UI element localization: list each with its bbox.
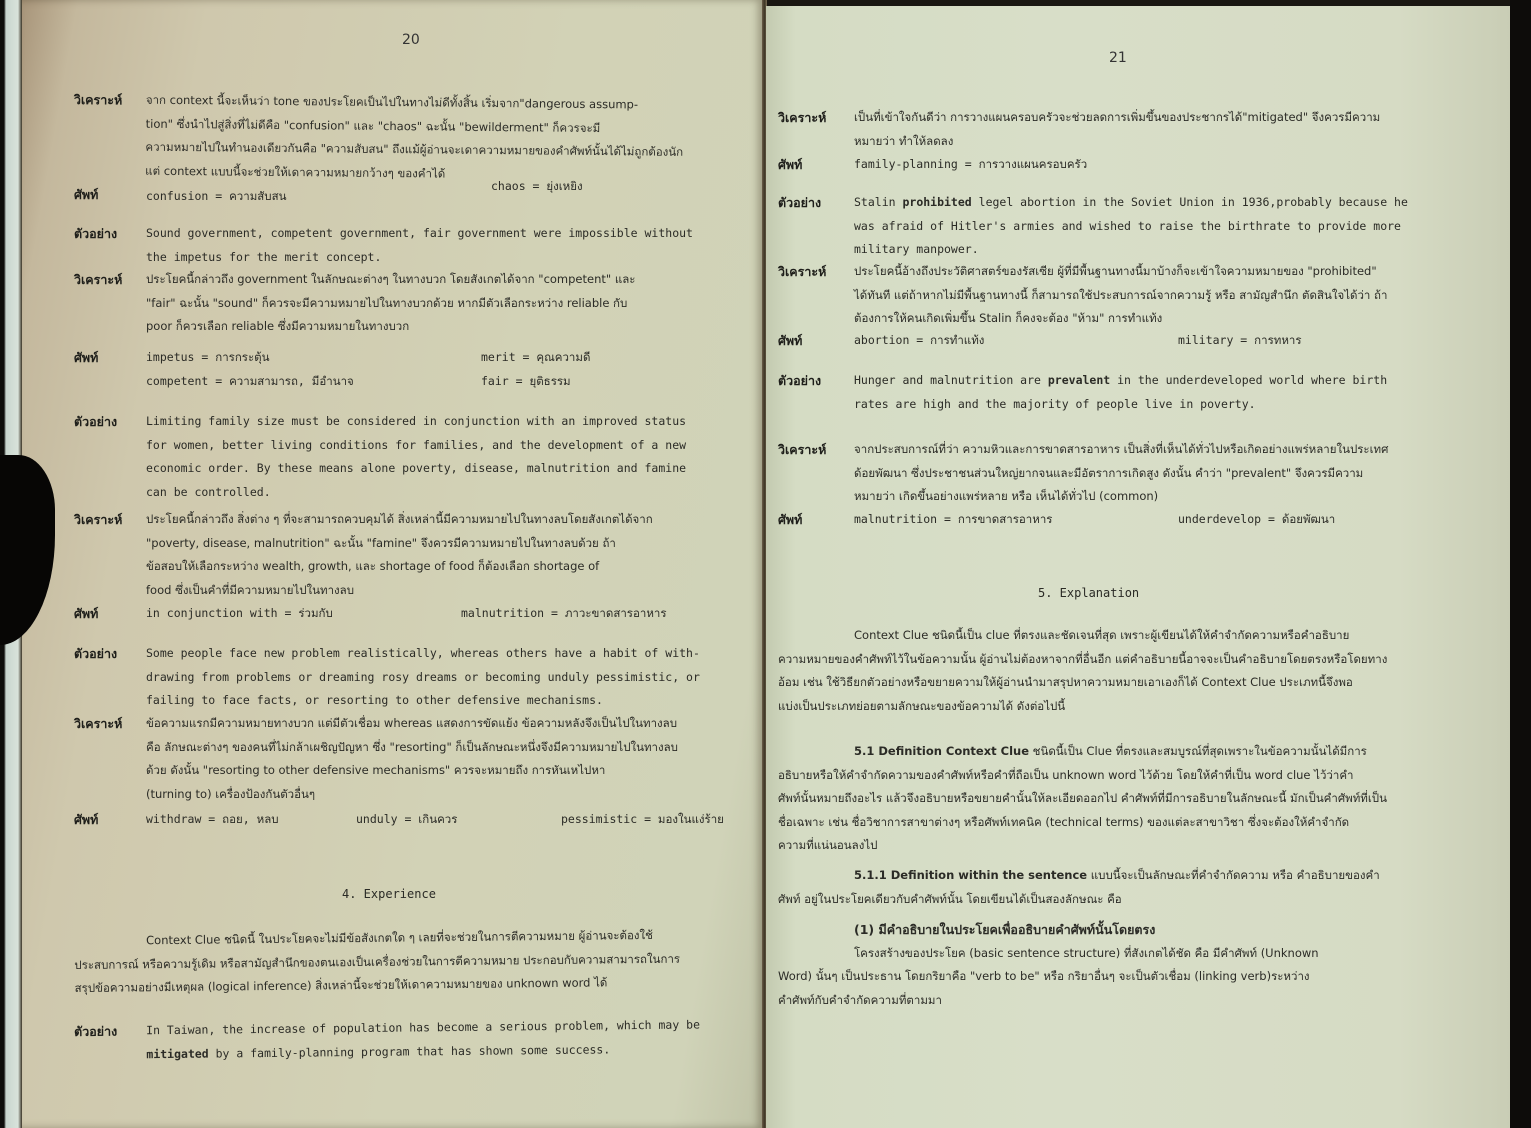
text-line: ต้องการให้คนเกิดเพิ่มขึ้น Stalin ก็คงจะต…: [854, 307, 1493, 331]
text-line: ความที่แน่นอนลงไป: [778, 834, 1493, 858]
vocab-label: ศัพท์: [74, 602, 98, 626]
subsection-title: 5.1 Definition Context Clue: [854, 744, 1029, 758]
text-line: poor ก็ควรเลือก reliable ซึ่งมีความหมายใ…: [146, 315, 764, 339]
vocab-label: ศัพท์: [74, 183, 98, 207]
text-line: economic order. By these means alone pov…: [146, 457, 764, 481]
text-line: หมายว่า ทำให้ลดลง: [854, 130, 1493, 154]
experience-paragraph: Context Clue ชนิดนี้ ในประโยคจะไม่มีข้อส…: [74, 923, 765, 1001]
bold-term: prohibited: [902, 195, 971, 209]
text-line: ด้อยพัฒนา ซึ่งประชาชนส่วนใหญ่ยากจนและมีอ…: [854, 462, 1493, 486]
text-line: ประโยคนี้อ้างถึงประวัติศาสตร์ของรัสเซีย …: [854, 260, 1493, 284]
vocab-term: fair = ยุติธรรม: [481, 370, 571, 394]
analysis-label: วิเคราะห์: [74, 268, 122, 292]
text-line: Stalin prohibited legel abortion in the …: [854, 191, 1493, 215]
section-heading-experience: 4. Experience: [342, 887, 436, 901]
text-line: "poverty, disease, malnutrition" ฉะนั้น …: [146, 532, 764, 556]
vocab-block: ศัพท์ in conjunction with = ร่วมกับ maln…: [74, 602, 764, 626]
text-line: military manpower.: [854, 238, 1493, 262]
definition-context-clue-paragraph: 5.1 Definition Context Clue ชนิดนี้เป็น …: [778, 740, 1493, 858]
example-block: ตัวอย่าง Limiting family size must be co…: [74, 410, 764, 504]
vocab-label: ศัพท์: [778, 153, 802, 177]
example-block: ตัวอย่าง Stalin prohibited legel abortio…: [778, 191, 1493, 262]
vocab-block: ศัพท์ withdraw = ถอย, หลบ unduly = เกินค…: [74, 808, 764, 832]
text-line: 5.1 Definition Context Clue ชนิดนี้เป็น …: [778, 740, 1493, 764]
text-line: คือ ลักษณะต่างๆ ของคนที่ไม่กล้าเผชิญปัญห…: [146, 736, 764, 760]
right-page: 21 วิเคราะห์ เป็นที่เข้าใจกันดีว่า การวา…: [766, 6, 1510, 1128]
text-line: ชื่อเฉพาะ เช่น ชื่อวิชาการสาขาต่างๆ หรือ…: [778, 811, 1493, 835]
text-line: แบ่งเป็นประเภทย่อยตามลักษณะของข้อความได้…: [778, 695, 1493, 719]
vocab-term: unduly = เกินควร: [356, 808, 457, 832]
text-line: failing to face facts, or resorting to o…: [146, 689, 764, 713]
analysis-label: วิเคราะห์: [778, 260, 826, 284]
text-line: Context Clue ชนิดนี้เป็น clue ที่ตรงและช…: [778, 624, 1493, 648]
analysis-label: วิเคราะห์: [778, 106, 826, 130]
text-line: ด้วย ดังนั้น "resorting to other defensi…: [146, 759, 764, 783]
text-line: Sound government, competent government, …: [146, 222, 764, 246]
analysis-label: วิเคราะห์: [74, 712, 122, 736]
analysis-block: วิเคราะห์ เป็นที่เข้าใจกันดีว่า การวางแผ…: [778, 106, 1493, 153]
subsection-title: 5.1.1 Definition within the sentence: [854, 868, 1087, 882]
vocab-term: underdevelop = ด้อยพัฒนา: [1178, 508, 1335, 532]
text-line: rates are high and the majority of peopl…: [854, 393, 1493, 417]
text-line: was afraid of Hitler's armies and wished…: [854, 215, 1493, 239]
text-fragment: แบบนี้จะเป็นลักษณะที่คำจำกัดความ หรือ คำ…: [1087, 868, 1380, 882]
text-line: ความหมายของคำศัพท์ไว้ในข้อความนั้น ผู้อ่…: [778, 648, 1493, 672]
vocab-block: ศัพท์ impetus = การกระตุ้น merit = คุณคว…: [74, 346, 764, 393]
text-fragment: legel abortion in the Soviet Union in 19…: [972, 195, 1408, 209]
text-line: Word) นั้นๆ เป็นประธาน โดยกริยาคือ "verb…: [778, 965, 1493, 989]
example-label: ตัวอย่าง: [74, 1020, 117, 1044]
text-line: ศัพท์นั้นหมายถึงอะไร แล้วจึงอธิบายหรือขย…: [778, 787, 1493, 811]
text-line: หมายว่า เกิดขึ้นอย่างแพร่หลาย หรือ เห็นไ…: [854, 485, 1493, 509]
text-line: ได้ทันที แต่ถ้าหากไม่มีพื้นฐานทางนี้ ก็ส…: [854, 284, 1493, 308]
text-line: ข้อความแรกมีความหมายทางบวก แต่มีตัวเชื่อ…: [146, 712, 764, 736]
left-page: 20 วิเคราะห์ จาก context นี้จะเห็นว่า to…: [22, 0, 764, 1128]
example-block: ตัวอย่าง Some people face new problem re…: [74, 642, 764, 713]
vocab-term: pessimistic = มองในแง่ร้าย: [561, 808, 724, 832]
text-line: Some people face new problem realistical…: [146, 642, 764, 666]
section-heading-explanation: 5. Explanation: [1038, 586, 1139, 600]
text-line: for women, better living conditions for …: [146, 434, 764, 458]
example-label: ตัวอย่าง: [74, 642, 117, 666]
text-line: Limiting family size must be considered …: [146, 410, 764, 434]
text-line: 5.1.1 Definition within the sentence แบบ…: [778, 864, 1493, 888]
page-number-left: 20: [402, 32, 420, 48]
item-title: (1) มีคำอธิบายในประโยคเพื่ออธิบายคำศัพท์…: [778, 918, 1493, 942]
item-1-paragraph: (1) มีคำอธิบายในประโยคเพื่ออธิบายคำศัพท์…: [778, 918, 1493, 1012]
example-label: ตัวอย่าง: [778, 191, 821, 215]
analysis-block: วิเคราะห์ จาก context นี้จะเห็นว่า tone …: [73, 88, 764, 189]
example-label: ตัวอย่าง: [74, 410, 117, 434]
text-fragment: by a family-planning program that has sh…: [209, 1042, 611, 1060]
vocab-term: impetus = การกระตุ้น: [146, 346, 269, 370]
example-label: ตัวอย่าง: [74, 222, 117, 246]
definition-within-sentence-paragraph: 5.1.1 Definition within the sentence แบบ…: [778, 864, 1493, 911]
text-line: อธิบายหรือให้คำจำกัดความของคำศัพท์หรือคำ…: [778, 764, 1493, 788]
text-line: ข้อสอบให้เลือกระหว่าง wealth, growth, แล…: [146, 555, 764, 579]
text-line: โครงสร้างของประโยค (basic sentence struc…: [778, 942, 1493, 966]
text-line: the impetus for the merit concept.: [146, 246, 764, 270]
bold-term: prevalent: [1048, 373, 1110, 387]
text-line: อ้อม เช่น ใช้วิธียกตัวอย่างหรือขยายความใ…: [778, 671, 1493, 695]
text-line: ประโยคนี้กล่าวถึง government ในลักษณะต่า…: [146, 268, 764, 292]
analysis-block: วิเคราะห์ จากประสบการณ์ที่ว่า ความหิวและ…: [778, 438, 1493, 509]
vocab-term: abortion = การทำแท้ง: [854, 329, 984, 353]
text-line: เป็นที่เข้าใจกันดีว่า การวางแผนครอบครัวจ…: [854, 106, 1493, 130]
text-line: "fair" ฉะนั้น "sound" ก็ควรจะมีความหมายไ…: [146, 292, 764, 316]
text-line: จากประสบการณ์ที่ว่า ความหิวและการขาดสารอ…: [854, 438, 1493, 462]
page-number-right: 21: [1109, 50, 1127, 66]
text-fragment: Hunger and malnutrition are: [854, 373, 1048, 387]
text-line: food ซึ่งเป็นคำที่มีความหมายไปในทางลบ: [146, 579, 764, 603]
text-line: (turning to) เครื่องป้องกันตัวอื่นๆ: [146, 783, 764, 807]
example-block: ตัวอย่าง Hunger and malnutrition are pre…: [778, 369, 1493, 416]
analysis-block: วิเคราะห์ ประโยคนี้กล่าวถึง สิ่งต่าง ๆ ท…: [74, 508, 764, 602]
vocab-term: merit = คุณความดี: [481, 346, 590, 370]
text-line: ศัพท์ อยู่ในประโยคเดียวกับคำศัพท์นั้น โด…: [778, 888, 1493, 912]
vocab-term: malnutrition = ภาวะขาดสารอาหาร: [461, 602, 667, 626]
analysis-label: วิเคราะห์: [74, 508, 122, 532]
vocab-label: ศัพท์: [74, 808, 98, 832]
vocab-term: malnutrition = การขาดสารอาหาร: [854, 508, 1052, 532]
explanation-paragraph: Context Clue ชนิดนี้เป็น clue ที่ตรงและช…: [778, 624, 1493, 718]
vocab-block: ศัพท์ confusion = ความสับสน chaos = ยุ่ง…: [74, 183, 764, 207]
text-line: ประโยคนี้กล่าวถึง สิ่งต่าง ๆ ที่จะสามารถ…: [146, 508, 764, 532]
text-fragment: ชนิดนี้เป็น Clue ที่ตรงและสมบูรณ์ที่สุดเ…: [1029, 744, 1367, 758]
vocab-label: ศัพท์: [74, 346, 98, 370]
analysis-block: วิเคราะห์ ประโยคนี้อ้างถึงประวัติศาสตร์ข…: [778, 260, 1493, 331]
text-line: Hunger and malnutrition are prevalent in…: [854, 369, 1493, 393]
text-fragment: in the underdeveloped world where birth: [1110, 373, 1387, 387]
analysis-block: วิเคราะห์ ประโยคนี้กล่าวถึง government ใ…: [74, 268, 764, 339]
example-block: ตัวอย่าง In Taiwan, the increase of popu…: [74, 1013, 764, 1067]
vocab-term: competent = ความสามารถ, มีอำนาจ: [146, 370, 354, 394]
text-line: can be controlled.: [146, 481, 764, 505]
vocab-term: family-planning = การวางแผนครอบครัว: [854, 153, 1087, 177]
example-block: ตัวอย่าง Sound government, competent gov…: [74, 222, 764, 269]
vocab-term: confusion = ความสับสน: [146, 185, 286, 209]
vocab-term: in conjunction with = ร่วมกับ: [146, 602, 333, 626]
analysis-label: วิเคราะห์: [74, 88, 123, 112]
vocab-label: ศัพท์: [778, 329, 802, 353]
analysis-block: วิเคราะห์ ข้อความแรกมีความหมายทางบวก แต่…: [74, 712, 764, 806]
text-fragment: Stalin: [854, 195, 902, 209]
text-line: คำศัพท์กับคำจำกัดความที่ตามมา: [778, 989, 1493, 1013]
bold-term: mitigated: [146, 1046, 208, 1061]
vocab-term: chaos = ยุ่งเหยิง: [491, 175, 583, 199]
vocab-block: ศัพท์ abortion = การทำแท้ง military = กา…: [778, 329, 1493, 353]
vocab-label: ศัพท์: [778, 508, 802, 532]
scan-edge-right: [1510, 0, 1531, 1128]
vocab-block: ศัพท์ family-planning = การวางแผนครอบครั…: [778, 153, 1493, 177]
vocab-block: ศัพท์ malnutrition = การขาดสารอาหาร unde…: [778, 508, 1493, 532]
vocab-term: withdraw = ถอย, หลบ: [146, 808, 279, 832]
text-line: drawing from problems or dreaming rosy d…: [146, 666, 764, 690]
analysis-label: วิเคราะห์: [778, 438, 826, 462]
vocab-term: military = การทหาร: [1178, 329, 1302, 353]
example-label: ตัวอย่าง: [778, 369, 821, 393]
